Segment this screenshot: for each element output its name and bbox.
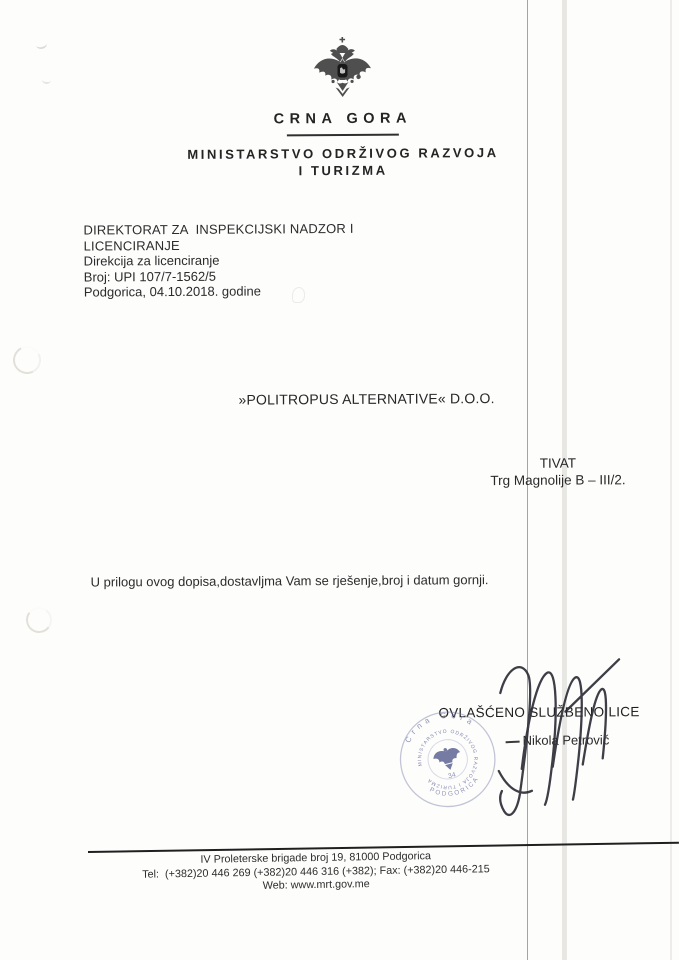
handwritten-signature xyxy=(471,643,632,824)
recipient-address-block: TIVAT Trg Magnolije B – III/2. xyxy=(490,455,626,489)
recipient-city: TIVAT xyxy=(490,455,626,472)
footer-block: IV Proleterske brigade broj 19, 81000 Po… xyxy=(60,848,573,897)
stamp-country-text: Crna Gora xyxy=(399,703,479,746)
recipient-company: »POLITROPUS ALTERNATIVE« D.O.O. xyxy=(238,390,494,408)
montenegro-coat-of-arms-icon xyxy=(306,34,378,106)
header-divider xyxy=(287,134,399,137)
ministry-name-line2: I TURIZMA xyxy=(108,161,578,181)
letterhead: CRNA GORA MINISTARSTVO ODRŽIVOG RAZVOJA … xyxy=(107,33,578,181)
stamp-emblem-icon xyxy=(431,745,463,774)
letter-body-text: U prilogu ovog dopisa,dostavljma Vam se … xyxy=(91,572,489,589)
scanned-letter-page: CRNA GORA MINISTARSTVO ODRŽIVOG RAZVOJA … xyxy=(0,0,679,960)
recipient-address: Trg Magnolije B – III/2. xyxy=(490,472,626,489)
place-and-date: Podgorica, 04.10.2018. godine xyxy=(84,283,404,301)
letter-content: CRNA GORA MINISTARSTVO ODRŽIVOG RAZVOJA … xyxy=(0,0,679,960)
sender-block: DIREKTORAT ZA INSPEKCIJSKI NADZOR I LICE… xyxy=(83,221,403,301)
stamp-number: 34 xyxy=(447,772,456,781)
svg-text:Crna Gora: Crna Gora xyxy=(399,703,479,746)
country-name: CRNA GORA xyxy=(108,110,578,129)
